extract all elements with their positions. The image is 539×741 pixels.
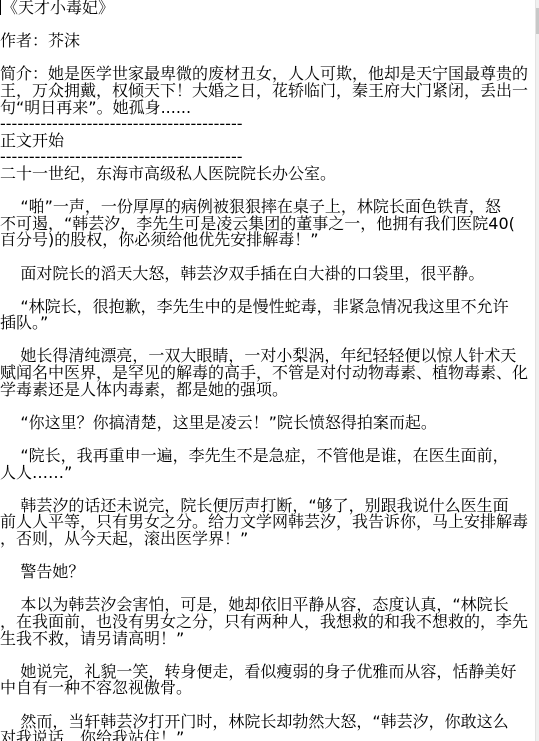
paragraph: 然而，当轩韩芸汐打开门时，林院长却勃然大怒，“韩芸汐，你敢这么 对我说话，你给我… bbox=[0, 714, 536, 741]
paragraph: 面对院长的滔天大怒，韩芸汐双手插在白大褂的口袋里，很平静。 bbox=[0, 266, 536, 283]
book-title-line: 《天才小毒妃》 bbox=[0, 0, 536, 17]
synopsis: 简介：她是医学世家最卑微的废材丑女，人人可欺，他却是天宁国最尊贵的 王，万众拥戴… bbox=[0, 66, 536, 116]
paragraph-line: “林院长，很抱歉，李先生中的是慢性蛇毒，非紧急情况我这里不允许 bbox=[0, 299, 536, 316]
spacer bbox=[0, 249, 536, 266]
separator-line: ----------------------------------------… bbox=[0, 116, 536, 133]
paragraph: “林院长，很抱歉，李先生中的是慢性蛇毒，非紧急情况我这里不允许 插队。” bbox=[0, 299, 536, 332]
paragraph-line: 插队。” bbox=[0, 315, 536, 332]
paragraph-line: 生我不救，请另请高明！” bbox=[0, 631, 536, 648]
paragraph-line: ，否则，从今天起，滚出医学界！” bbox=[0, 531, 536, 548]
book-title: 《天才小毒妃》 bbox=[2, 0, 114, 17]
paragraph-line: “你这里？你搞清楚，这里是凌云！”院长愤怒得拍案而起。 bbox=[0, 415, 536, 432]
paragraph-line: 面对院长的滔天大怒，韩芸汐双手插在白大褂的口袋里，很平静。 bbox=[0, 266, 536, 283]
paragraph-line: 百分号)的股权，你必须给他优先安排解毒！” bbox=[0, 232, 536, 249]
paragraph-line: 学毒素还是人体内毒素，都是她的强项。 bbox=[0, 382, 536, 399]
paragraph-line: 警告她？ bbox=[0, 564, 536, 581]
spacer bbox=[0, 17, 536, 34]
paragraph: 她说完，礼貌一笑，转身便走，看似瘦弱的身子优雅而从容，恬静美好 中自有一种不容忽… bbox=[0, 664, 536, 697]
paragraph-line: 对我说话，你给我站住！” bbox=[0, 730, 536, 741]
paragraph: 她长得清纯漂亮，一双大眼睛，一对小梨涡，年纪轻轻便以惊人针术天 赋闻名中医界，是… bbox=[0, 348, 536, 398]
text-caret bbox=[0, 0, 1, 15]
opening-line: 二十一世纪，东海市高级私人医院院长办公室。 bbox=[0, 166, 536, 183]
document-body: 《天才小毒妃》 作者：芥沫 简介：她是医学世家最卑微的废材丑女，人人可欺，他却是… bbox=[0, 0, 536, 741]
vertical-scrollbar[interactable] bbox=[535, 0, 539, 741]
paragraph-line: 人人……” bbox=[0, 465, 536, 482]
paragraph-line: “院长，我再重申一遍，李先生不是急症，不管他是谁，在医生面前， bbox=[0, 448, 536, 465]
paragraph: 韩芸汐的话还未说完，院长便厉声打断，“够了，别跟我说什么医生面 前人人平等，只有… bbox=[0, 498, 536, 548]
paragraph: “院长，我再重申一遍，李先生不是急症，不管他是谁，在医生面前， 人人……” bbox=[0, 448, 536, 481]
paragraph: 本以为韩芸汐会害怕，可是，她却依旧平静从容，态度认真，“林院长 ，在我面前，也没… bbox=[0, 597, 536, 647]
author-line: 作者：芥沫 bbox=[0, 33, 536, 50]
paragraph: “啪”一声，一份厚厚的病例被狠狠摔在桌子上，林院长面色铁青，怒 不可遏，“韩芸汐… bbox=[0, 199, 536, 249]
paragraph: “你这里？你搞清楚，这里是凌云！”院长愤怒得拍案而起。 bbox=[0, 415, 536, 432]
paragraph-line: 中自有一种不容忽视傲骨。 bbox=[0, 680, 536, 697]
paragraph: 警告她？ bbox=[0, 564, 536, 581]
